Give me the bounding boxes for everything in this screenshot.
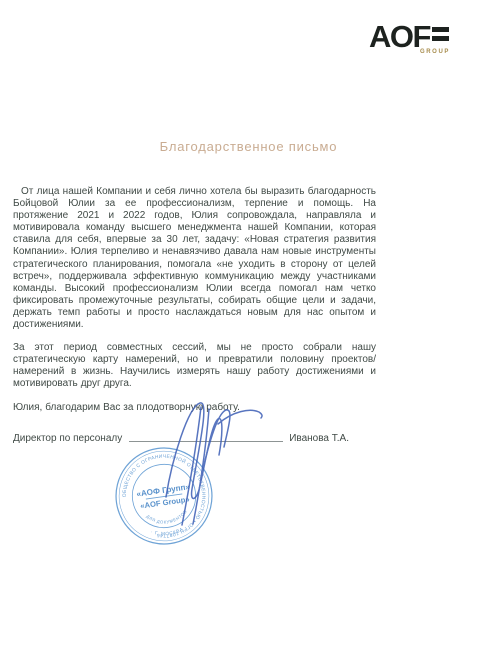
logo-f-bar-top: [432, 27, 449, 32]
handwritten-signature: [148, 397, 300, 533]
paragraph-2: За этот период совместных сессий, мы не …: [13, 342, 376, 390]
thank-you-letter-document: AOF GROUP Благодарственное письмо От лиц…: [0, 0, 497, 660]
letter-title: Благодарственное письмо: [0, 139, 497, 154]
letter-body: От лица нашей Компании и себя лично хоте…: [13, 186, 376, 425]
paragraph-1: От лица нашей Компании и себя лично хоте…: [13, 186, 376, 331]
signature-stroke-tail: [218, 410, 262, 424]
aof-logo: AOF GROUP: [369, 26, 481, 64]
signature-stroke-loops: [166, 403, 222, 499]
logo-f-bar-middle: [432, 36, 449, 41]
logo-group-caption: GROUP: [420, 49, 450, 55]
logo-wordmark: AOF: [369, 21, 430, 52]
signer-role-label: Директор по персоналу: [13, 433, 122, 444]
